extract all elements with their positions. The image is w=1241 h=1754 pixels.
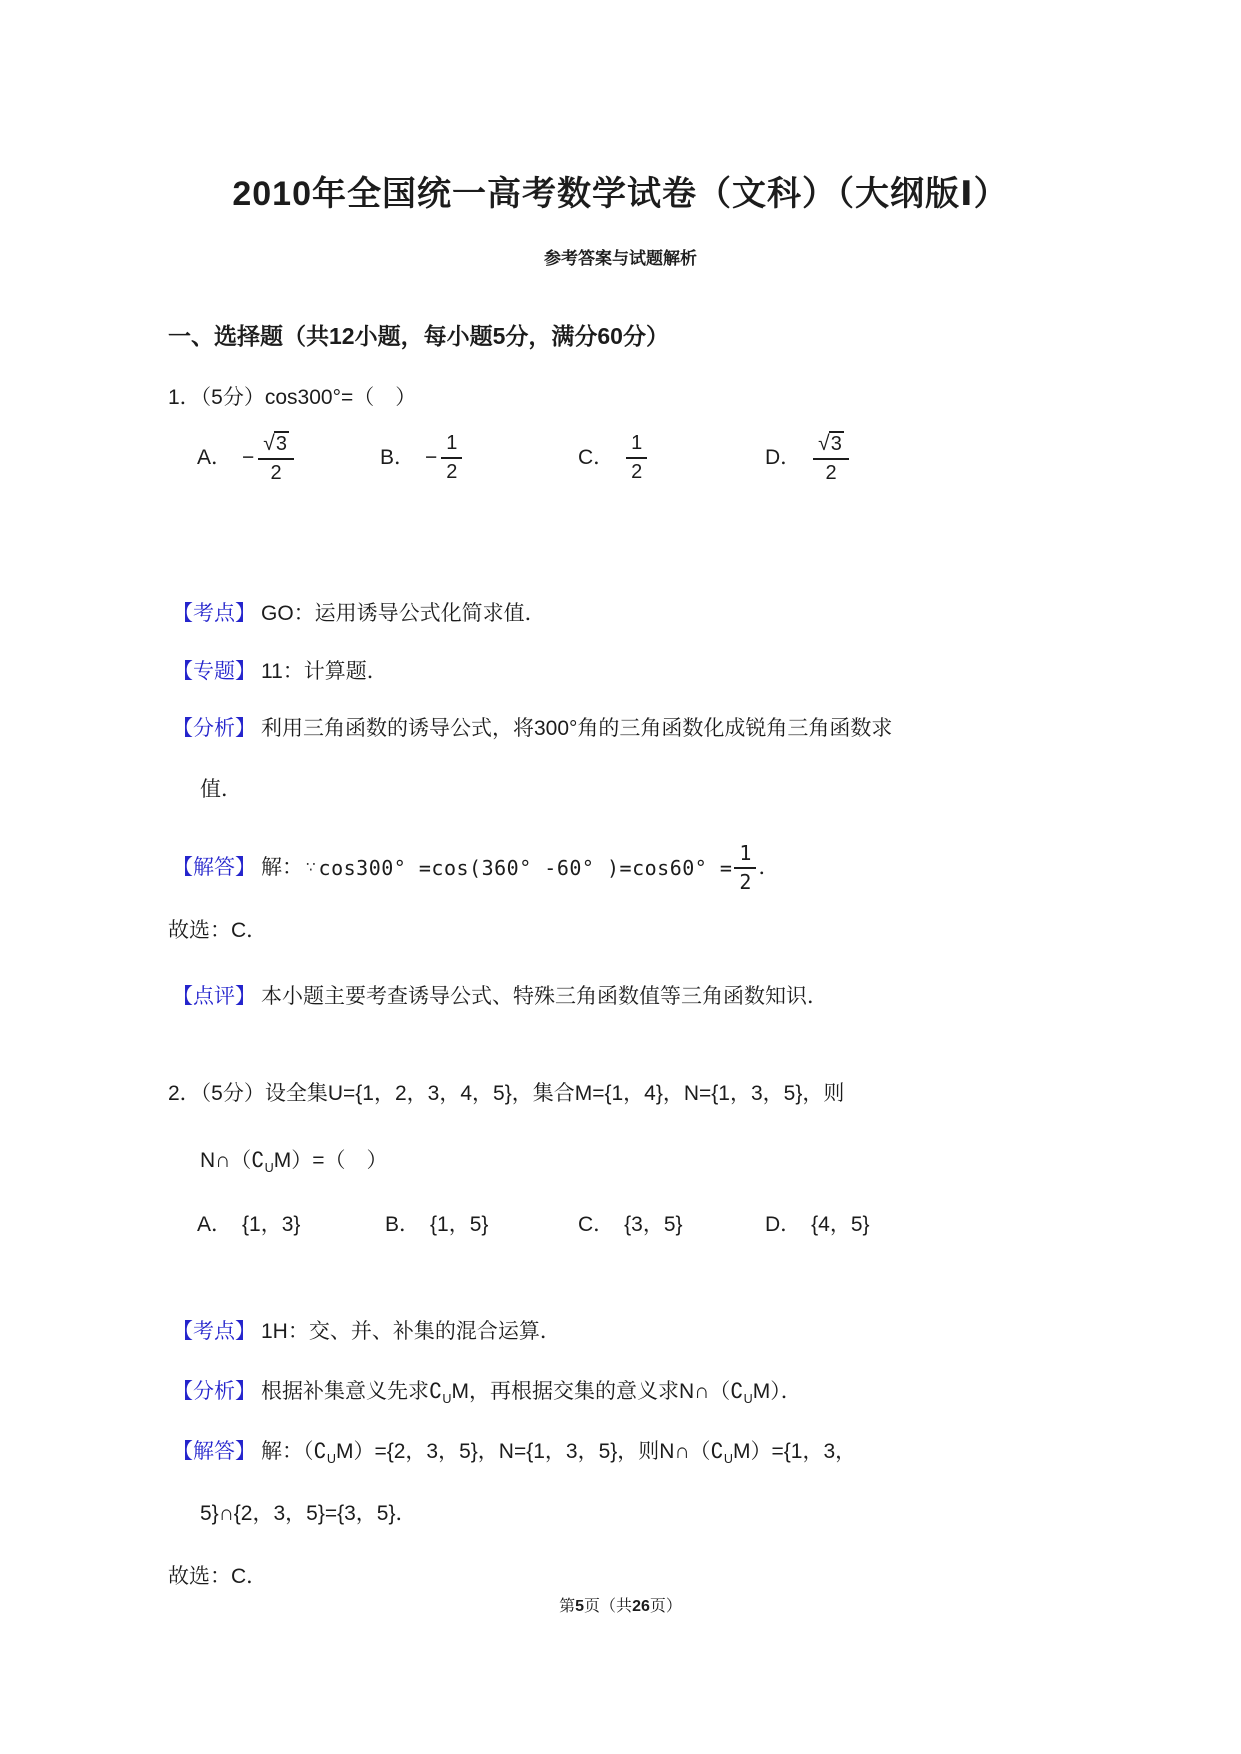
fenxi-text: 利用三角函数的诱导公式，将300°角的三角函数化成锐角三角函数求 [261, 717, 892, 740]
q1-zhuanti: 【专题】11：计算题． [172, 658, 388, 686]
q2-option-a-text: {1，3} [242, 1211, 300, 1239]
footer-page-number: 5 [575, 1598, 584, 1615]
fraction-numerator: √3 [813, 431, 849, 460]
q2-option-a: A． {1，3} [197, 1205, 300, 1245]
q2-jieda-line2: 5}∩{2，3，5}={3，5}． [200, 1500, 417, 1528]
dianping-text: 本小题主要考查诱导公式、特殊三角函数值等三角函数知识． [261, 985, 828, 1008]
q1-stem: 1．（5分）cos300°=（ ） [168, 384, 416, 412]
subscript-u: U [724, 1452, 733, 1466]
subscript-u: U [265, 1161, 274, 1175]
q1-formula: cos300° =cos(360° -60° )=cos60° = [319, 855, 733, 882]
document-subtitle: 参考答案与试题解析 [0, 248, 1241, 271]
footer-seg: 页） [650, 1598, 682, 1615]
footer-total-pages: 26 [632, 1598, 650, 1615]
minus-sign: − [425, 444, 437, 472]
q1-option-b-label: B． [380, 444, 415, 472]
jieda-tag: 【解答】 [172, 854, 256, 882]
q2-option-b-label: B． [385, 1211, 420, 1239]
q2-jieda-line1: 【解答】解：（∁UM）={2，3，5}，N={1，3，5}，则N∩（∁UM）={… [172, 1438, 856, 1466]
fraction-numerator: 1 [626, 432, 647, 459]
q1-dianping: 【点评】本小题主要考查诱导公式、特殊三角函数值等三角函数知识． [172, 983, 828, 1011]
kaodian-text: 1H：交、并、补集的混合运算． [261, 1320, 561, 1343]
document-page: 2010年全国统一高考数学试卷（文科）（大纲版Ⅰ） 参考答案与试题解析 一、选择… [0, 0, 1241, 1754]
footer-seg: 第 [559, 1598, 575, 1615]
fraction-denominator: 2 [825, 460, 836, 485]
kaodian-tag: 【考点】 [172, 602, 256, 625]
dianping-tag: 【点评】 [172, 985, 256, 1008]
q1-option-a-label: A． [197, 444, 232, 472]
jieda-seg: M）={2，3，5}，N={1，3，5}，则N∩（∁ [336, 1440, 724, 1463]
q1-kaodian: 【考点】GO：运用诱导公式化简求值． [172, 600, 546, 628]
fenxi-seg: 根据补集意义先求∁ [261, 1380, 442, 1403]
footer-seg: 页（共 [584, 1598, 632, 1615]
q2-option-c: C． {3，5} [578, 1205, 683, 1245]
q1-option-d: D． √3 2 [765, 426, 851, 490]
jieda-seg: M）={1，3， [733, 1440, 856, 1463]
page-footer: 第5页（共26页） [0, 1596, 1241, 1618]
minus-sign: − [242, 444, 254, 472]
q2-answer: 故选：C． [168, 1563, 267, 1591]
q2-kaodian: 【考点】1H：交、并、补集的混合运算． [172, 1318, 561, 1346]
fenxi-tag: 【分析】 [172, 717, 256, 740]
fraction: 1 2 [734, 842, 756, 894]
fraction-numerator: 1 [441, 432, 462, 459]
fraction-numerator: 1 [734, 842, 756, 869]
jieda-period: ． [758, 854, 779, 882]
fraction-denominator: 2 [271, 460, 282, 485]
q2-option-a-label: A． [197, 1211, 232, 1239]
fraction-denominator: 2 [739, 869, 751, 894]
subscript-u: U [744, 1392, 753, 1406]
kaodian-tag: 【考点】 [172, 1320, 256, 1343]
q2-option-d-label: D． [765, 1211, 801, 1239]
section-heading: 一、选择题（共12小题，每小题5分，满分60分） [168, 321, 669, 352]
because-symbol: ∵ [306, 858, 316, 878]
q1-fenxi-line2: 值． [200, 776, 242, 804]
jieda-seg: 解：（∁ [261, 1440, 327, 1463]
q1-option-d-label: D． [765, 444, 801, 472]
q1-option-c: C． 1 2 [578, 426, 649, 490]
q2-stem-seg: M）=（ ） [274, 1149, 388, 1172]
subscript-u: U [327, 1452, 336, 1466]
q2-option-c-label: C． [578, 1211, 614, 1239]
fraction: 1 2 [441, 432, 462, 484]
fraction: 1 2 [626, 432, 647, 484]
fraction-denominator: 2 [631, 459, 642, 484]
q2-stem-line1: 2．（5分）设全集U={1，2，3，4，5}，集合M={1，4}，N={1，3，… [168, 1080, 844, 1108]
zhuanti-text: 11：计算题． [261, 660, 388, 683]
zhuanti-tag: 【专题】 [172, 660, 256, 683]
q1-option-b: B． − 1 2 [380, 426, 464, 490]
q2-fenxi: 【分析】根据补集意义先求∁UM，再根据交集的意义求N∩（∁UM）． [172, 1378, 802, 1406]
fenxi-seg: M）． [753, 1380, 802, 1403]
fraction: √3 2 [258, 431, 294, 485]
fraction-numerator: √3 [258, 431, 294, 460]
q2-option-b: B． {1，5} [385, 1205, 488, 1245]
q2-stem-seg: N∩（∁ [200, 1149, 265, 1172]
q1-jieda: 【解答】 解： ∵ cos300° =cos(360° -60° )=cos60… [172, 838, 779, 898]
fraction-denominator: 2 [446, 459, 457, 484]
kaodian-text: GO：运用诱导公式化简求值． [261, 602, 546, 625]
fenxi-seg: M，再根据交集的意义求N∩（∁ [451, 1380, 743, 1403]
q1-option-a: A． − √3 2 [197, 426, 296, 490]
q2-option-c-text: {3，5} [624, 1211, 682, 1239]
fraction: √3 2 [813, 431, 849, 485]
jieda-prefix: 解： [261, 854, 303, 882]
q2-option-b-text: {1，5} [430, 1211, 488, 1239]
fenxi-tag: 【分析】 [172, 1380, 256, 1403]
q2-stem-line2: N∩（∁UM）=（ ） [200, 1147, 388, 1175]
document-title: 2010年全国统一高考数学试卷（文科）（大纲版Ⅰ） [0, 172, 1241, 218]
jieda-tag: 【解答】 [172, 1440, 256, 1463]
q2-option-d: D． {4，5} [765, 1205, 870, 1245]
q2-option-d-text: {4，5} [811, 1211, 869, 1239]
q1-fenxi-line1: 【分析】利用三角函数的诱导公式，将300°角的三角函数化成锐角三角函数求 [172, 715, 892, 743]
q1-option-c-label: C． [578, 444, 614, 472]
q1-answer: 故选：C． [168, 917, 267, 945]
